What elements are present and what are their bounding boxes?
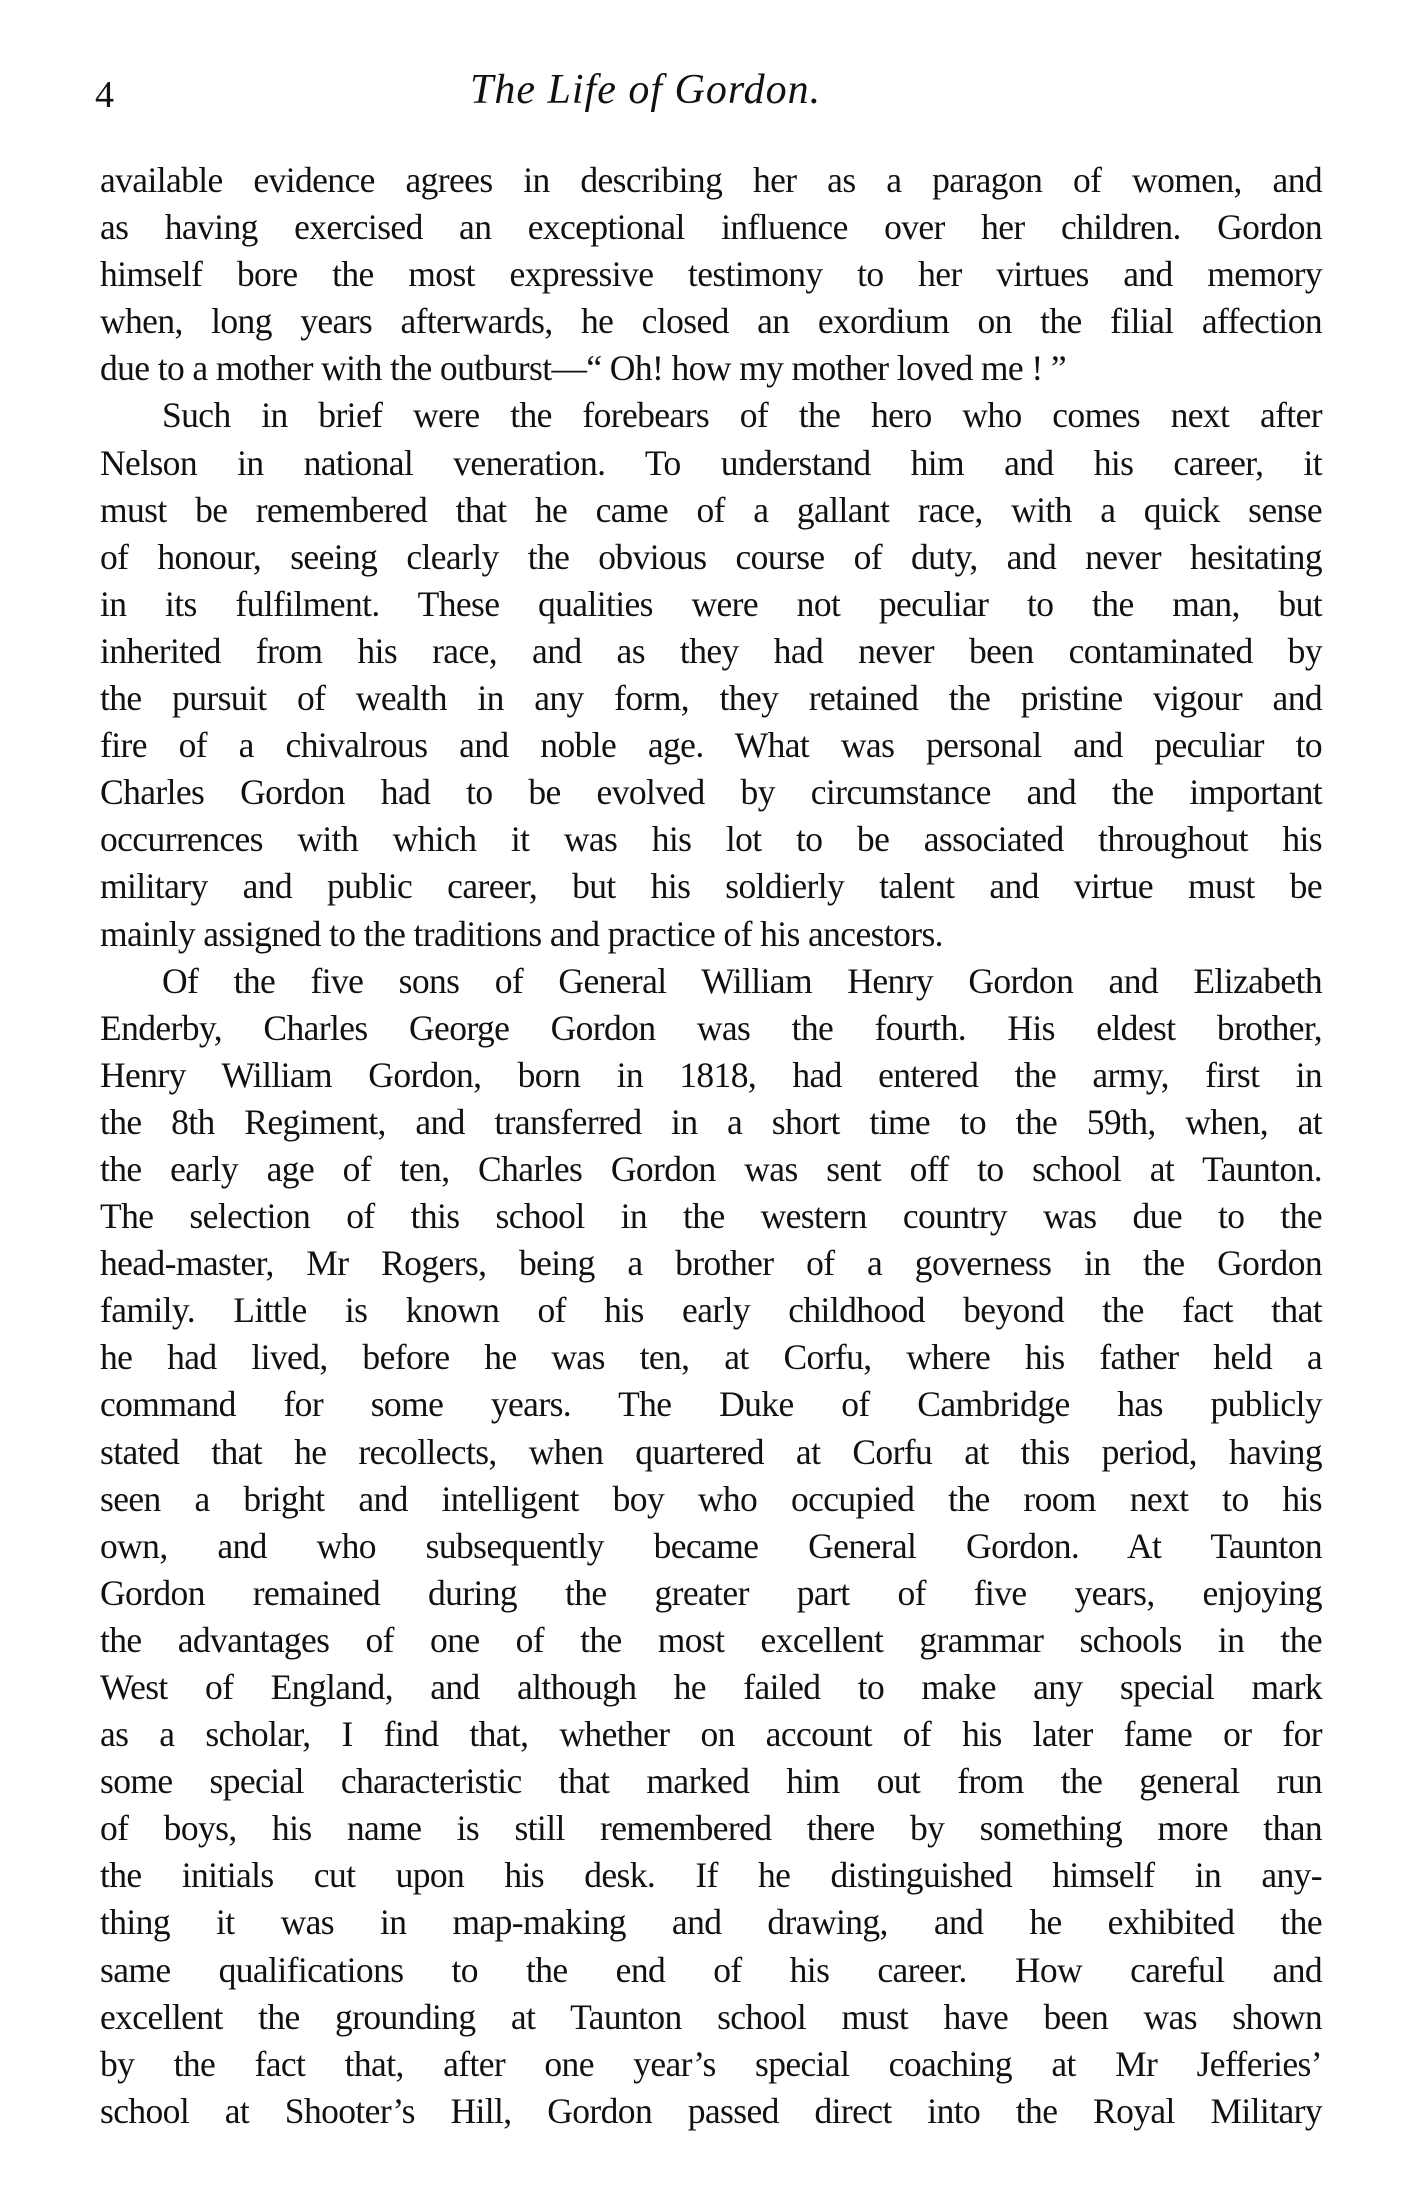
text-line: military and public career, but his sold… bbox=[100, 863, 1322, 910]
body-text: available evidence agrees in describing … bbox=[100, 157, 1322, 2135]
text-line: he had lived, before he was ten, at Corf… bbox=[100, 1334, 1322, 1381]
text-line: of honour, seeing clearly the obvious co… bbox=[100, 534, 1322, 581]
text-line: the 8th Regiment, and transferred in a s… bbox=[100, 1099, 1322, 1146]
text-line: occurrences with which it was his lot to… bbox=[100, 816, 1322, 863]
text-line: the pursuit of wealth in any form, they … bbox=[100, 675, 1322, 722]
text-line: by the fact that, after one year’s speci… bbox=[100, 2041, 1322, 2088]
text-line: himself bore the most expressive testimo… bbox=[100, 251, 1322, 298]
paragraph-first-line: Such in brief were the forebears of the … bbox=[100, 392, 1322, 439]
text-line: as having exercised an exceptional influ… bbox=[100, 204, 1322, 251]
text-line: as a scholar, I find that, whether on ac… bbox=[100, 1711, 1322, 1758]
text-line: of boys, his name is still remembered th… bbox=[100, 1805, 1322, 1852]
text-line: inherited from his race, and as they had… bbox=[100, 628, 1322, 675]
text-line: Charles Gordon had to be evolved by circ… bbox=[100, 769, 1322, 816]
running-title: The Life of Gordon. bbox=[470, 62, 821, 118]
text-line: when, long years afterwards, he closed a… bbox=[100, 298, 1322, 345]
text-line: Enderby, Charles George Gordon was the f… bbox=[100, 1005, 1322, 1052]
text-line: own, and who subsequently became General… bbox=[100, 1523, 1322, 1570]
text-line: The selection of this school in the west… bbox=[100, 1193, 1322, 1240]
paragraph-first-line: Of the five sons of General William Henr… bbox=[100, 958, 1322, 1005]
text-line: West of England, and although he failed … bbox=[100, 1664, 1322, 1711]
text-line: head-master, Mr Rogers, being a brother … bbox=[100, 1240, 1322, 1287]
text-line: stated that he recollects, when quartere… bbox=[100, 1429, 1322, 1476]
text-line: fire of a chivalrous and noble age. What… bbox=[100, 722, 1322, 769]
text-line: Henry William Gordon, born in 1818, had … bbox=[100, 1052, 1322, 1099]
text-line: seen a bright and intelligent boy who oc… bbox=[100, 1476, 1322, 1523]
page-header: 4 The Life of Gordon. bbox=[0, 62, 1401, 122]
text-line: in its fulfilment. These qualities were … bbox=[100, 581, 1322, 628]
text-line: must be remembered that he came of a gal… bbox=[100, 487, 1322, 534]
text-line: the initials cut upon his desk. If he di… bbox=[100, 1852, 1322, 1899]
text-line: due to a mother with the outburst—“ Oh! … bbox=[100, 345, 1322, 392]
text-line: mainly assigned to the traditions and pr… bbox=[100, 911, 1322, 958]
text-line: the advantages of one of the most excell… bbox=[100, 1617, 1322, 1664]
page-number: 4 bbox=[95, 70, 114, 120]
text-line: some special characteristic that marked … bbox=[100, 1758, 1322, 1805]
text-line: school at Shooter’s Hill, Gordon passed … bbox=[100, 2088, 1322, 2135]
text-line: available evidence agrees in describing … bbox=[100, 157, 1322, 204]
text-line: the early age of ten, Charles Gordon was… bbox=[100, 1146, 1322, 1193]
text-line: excellent the grounding at Taunton schoo… bbox=[100, 1994, 1322, 2041]
text-line: family. Little is known of his early chi… bbox=[100, 1287, 1322, 1334]
text-line: same qualifications to the end of his ca… bbox=[100, 1947, 1322, 1994]
text-line: thing it was in map-making and drawing, … bbox=[100, 1899, 1322, 1946]
text-line: Nelson in national veneration. To unders… bbox=[100, 440, 1322, 487]
text-line: Gordon remained during the greater part … bbox=[100, 1570, 1322, 1617]
text-line: command for some years. The Duke of Camb… bbox=[100, 1381, 1322, 1428]
